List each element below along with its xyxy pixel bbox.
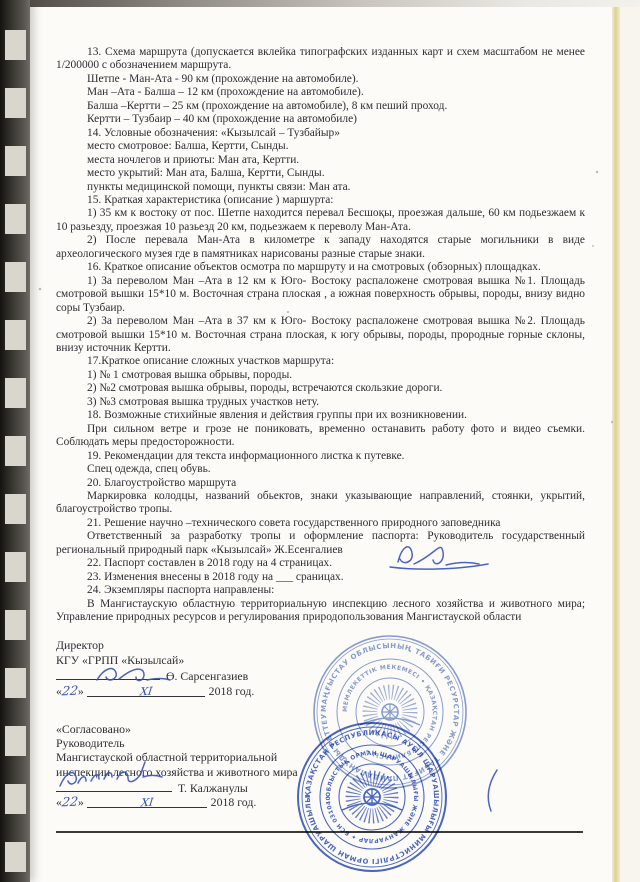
official-seal-lower: ҚАЗАҚСТАН РЕСПУБЛИКАСЫ АУЫЛ ШАРУАШЫЛЫҒЫ …: [296, 721, 448, 873]
doc-paragraph: Кертти – Тузбаир – 40 км (прохождение на…: [56, 113, 585, 126]
scan-background: [620, 7, 640, 882]
year-label: 2018 год.: [211, 795, 257, 809]
doc-paragraph: 15. Краткая характеристика (описание ) м…: [56, 194, 585, 207]
director-date-line: «22» XI2018 год.: [56, 684, 254, 699]
doc-paragraph: При сильном ветре и грозе не пониковать,…: [56, 423, 585, 450]
signature-underline: [56, 779, 172, 792]
director-name: Ө. Сарсенгазиев: [166, 669, 248, 683]
agreed-org-line1: Мангистауской областной территориальной: [56, 750, 298, 764]
doc-paragraph: Балша –Кертти – 25 км (прохождение на ав…: [56, 100, 585, 113]
doc-paragraph: 17.Краткое описание сложных участков мар…: [56, 355, 585, 368]
doc-paragraph: 24. Экземпляры паспорта направлены:: [56, 584, 585, 597]
agreed-signature-block: «Согласовано» Руководитель Мангистауской…: [56, 722, 298, 809]
director-org: КГУ «ГРПП «Кызылсай»: [56, 653, 254, 668]
director-signature-block: Директор КГУ «ГРПП «Кызылсай» Ө. Сарсенг…: [56, 638, 254, 698]
doc-paragraph: 13. Схема маршрута (допускается вклейка …: [56, 46, 585, 73]
doc-paragraph: 1) № 1 смотровая вышка обрывы, породы.: [56, 369, 585, 382]
binder-comb-teeth: [5, 2, 26, 882]
doc-paragraph: пункты медицинской помощи, пункты связи:…: [56, 181, 585, 194]
handwritten-day: 22: [61, 795, 79, 810]
doc-paragraph: 2) №2 смотровая вышка обрывы, породы, вс…: [56, 382, 585, 395]
binder-spine: [0, 0, 30, 882]
doc-paragraph: Ман –Ата - Балша – 12 км (прохождение на…: [56, 86, 585, 99]
doc-paragraph: 1) За переволом Ман –Ата в 12 км к Юго- …: [56, 275, 585, 315]
scan-edge-top: [26, 0, 640, 7]
doc-paragraph: Шетпе - Ман-Ата - 90 км (прохождение на …: [56, 73, 585, 86]
doc-paragraph: места ночлегов и приюты: Ман ата, Кертти…: [56, 154, 585, 167]
doc-paragraph: 20. Благоустройство маршрута: [56, 477, 585, 490]
handwritten-month: XI: [140, 796, 154, 811]
agreed-name: Т. Калжанулы: [178, 781, 248, 795]
doc-paragraph: В Мангистаускую областную территориальну…: [56, 598, 585, 625]
doc-paragraph: Спец одежда, спец обувь.: [56, 463, 585, 476]
doc-paragraph: 23. Изменения внесены в 2018 году на ___…: [56, 571, 585, 584]
stray-pen-mark: [488, 770, 497, 811]
handwritten-month: XI: [139, 684, 153, 699]
doc-paragraph: Маркировка колодцы, названий обьектов, з…: [56, 490, 585, 517]
year-label: 2018 год.: [209, 684, 255, 698]
signature-underline: [56, 667, 160, 680]
date-underline: XI: [87, 684, 205, 697]
doc-paragraph: 3) №3 смотровая вышка трудных участков н…: [56, 396, 585, 409]
quote-close: »: [78, 795, 84, 809]
agreed-label: «Согласовано»: [56, 722, 298, 736]
scanned-document-page: 13. Схема маршрута (допускается вклейка …: [0, 0, 640, 882]
doc-paragraph: 21. Решение научно –технического совета …: [56, 517, 585, 530]
director-signature-line: Ө. Сарсенгазиев: [56, 667, 254, 684]
doc-paragraph: 18. Возможные стихийные явления и действ…: [56, 409, 585, 422]
doc-paragraph: 14. Условные обозначения: «Кызылсай – Ту…: [56, 127, 585, 140]
doc-paragraph: 2) За переволом Ман –Ата в 37 км к Юго- …: [56, 315, 585, 355]
date-underline: XI: [87, 795, 207, 808]
doc-paragraph: место укрытий: Ман ата, Балша, Кертти, С…: [56, 167, 585, 180]
agreed-date-line: «22» XI2018 год.: [56, 795, 298, 809]
agreed-title: Руководитель: [56, 736, 298, 750]
agreed-org-line2: инспекции лесного хозяйства и животного …: [56, 765, 298, 779]
doc-paragraph: Ответственный за разработку тропы и офор…: [56, 530, 585, 557]
page-edge-line: [612, 7, 620, 882]
doc-paragraph: 2) После перевала Ман-Ата в километре к …: [56, 234, 585, 261]
doc-paragraph: 22. Паспорт составлен в 2018 году на 4 с…: [56, 557, 585, 570]
doc-paragraph: 19. Рекомендации для текста информационн…: [56, 450, 585, 463]
handwritten-day: 22: [61, 683, 79, 698]
agreed-signature-line: Т. Калжанулы: [56, 779, 298, 795]
doc-paragraph: 16. Краткое описание объектов осмотра по…: [56, 261, 585, 274]
doc-paragraph: 1) 35 км к востоку от пос. Шетпе находит…: [56, 207, 585, 234]
document-body: 13. Схема маршрута (допускается вклейка …: [56, 46, 585, 624]
director-title: Директор: [56, 638, 254, 653]
doc-paragraph: место смотровое: Балша, Кертти, Сынды.: [56, 140, 585, 153]
